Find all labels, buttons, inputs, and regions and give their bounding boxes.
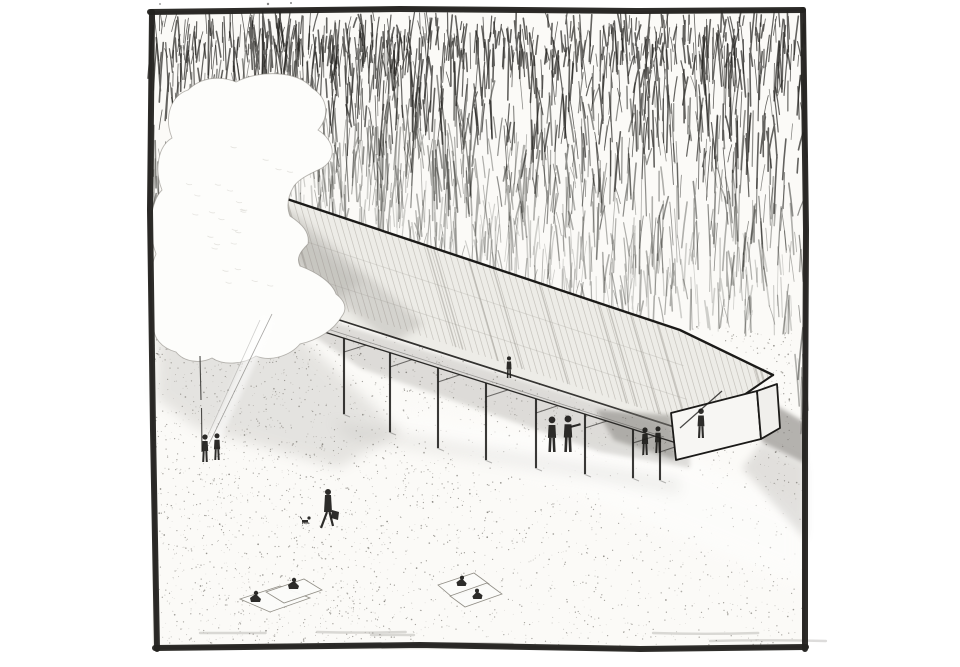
sketch-canvas <box>0 0 960 667</box>
pencil-speck <box>290 2 292 4</box>
pencil-speck <box>267 3 269 5</box>
box-right-face <box>757 384 780 439</box>
sketch-page <box>0 0 960 667</box>
architectural-sketch <box>0 0 960 667</box>
pencil-speck <box>159 3 161 5</box>
frame-right-rough <box>804 9 806 651</box>
